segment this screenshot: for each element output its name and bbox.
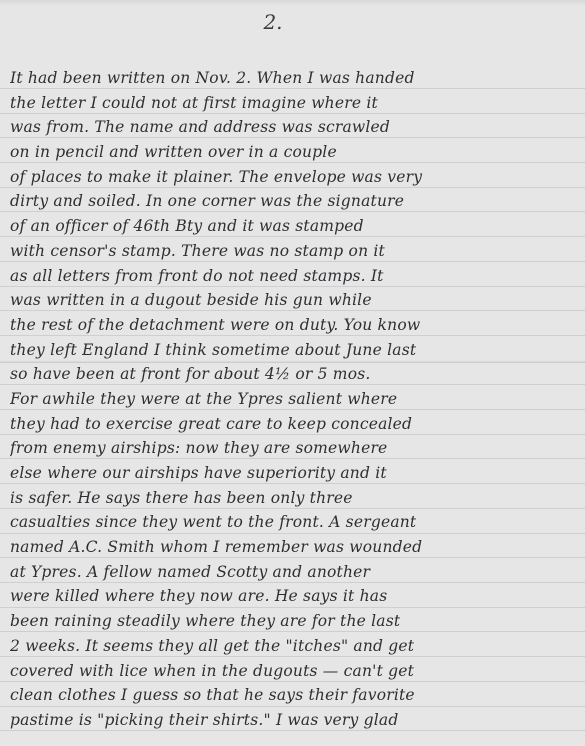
text-line: with censor's stamp. There was no stamp … — [10, 239, 580, 264]
text-line: at Ypres. A fellow named Scotty and anot… — [10, 560, 580, 585]
text-line: was from. The name and address was scraw… — [10, 115, 580, 140]
text-line: been raining steadily where they are for… — [10, 609, 580, 634]
letter-page: 2. It had been written on Nov. 2. When I… — [0, 0, 585, 746]
text-line: so have been at front for about 4½ or 5 … — [10, 362, 580, 387]
handwritten-body: It had been written on Nov. 2. When I wa… — [10, 66, 580, 733]
text-line: from enemy airships: now they are somewh… — [10, 436, 580, 461]
text-line: is safer. He says there has been only th… — [10, 486, 580, 511]
text-line: the rest of the detachment were on duty.… — [10, 313, 580, 338]
text-line: casualties since they went to the front.… — [10, 510, 580, 535]
text-line: of an officer of 46th Bty and it was sta… — [10, 214, 580, 239]
text-line: they left England I think sometime about… — [10, 338, 580, 363]
text-line: It had been written on Nov. 2. When I wa… — [10, 66, 580, 91]
text-line: they had to exercise great care to keep … — [10, 412, 580, 437]
text-line: For awhile they were at the Ypres salien… — [10, 387, 580, 412]
text-line: pastime is "picking their shirts." I was… — [10, 708, 580, 733]
text-line: on in pencil and written over in a coupl… — [10, 140, 580, 165]
text-line: dirty and soiled. In one corner was the … — [10, 189, 580, 214]
text-line: covered with lice when in the dugouts — … — [10, 659, 580, 684]
text-line: else where our airships have superiority… — [10, 461, 580, 486]
text-line: the letter I could not at first imagine … — [10, 91, 580, 116]
text-line: named A.C. Smith whom I remember was wou… — [10, 535, 580, 560]
text-line: of places to make it plainer. The envelo… — [10, 165, 580, 190]
text-line: as all letters from front do not need st… — [10, 264, 580, 289]
text-line: 2 weeks. It seems they all get the "itch… — [10, 634, 580, 659]
text-line: were killed where they now are. He says … — [10, 584, 580, 609]
page-number: 2. — [258, 10, 288, 34]
text-line: clean clothes I guess so that he says th… — [10, 683, 580, 708]
text-line: was written in a dugout beside his gun w… — [10, 288, 580, 313]
